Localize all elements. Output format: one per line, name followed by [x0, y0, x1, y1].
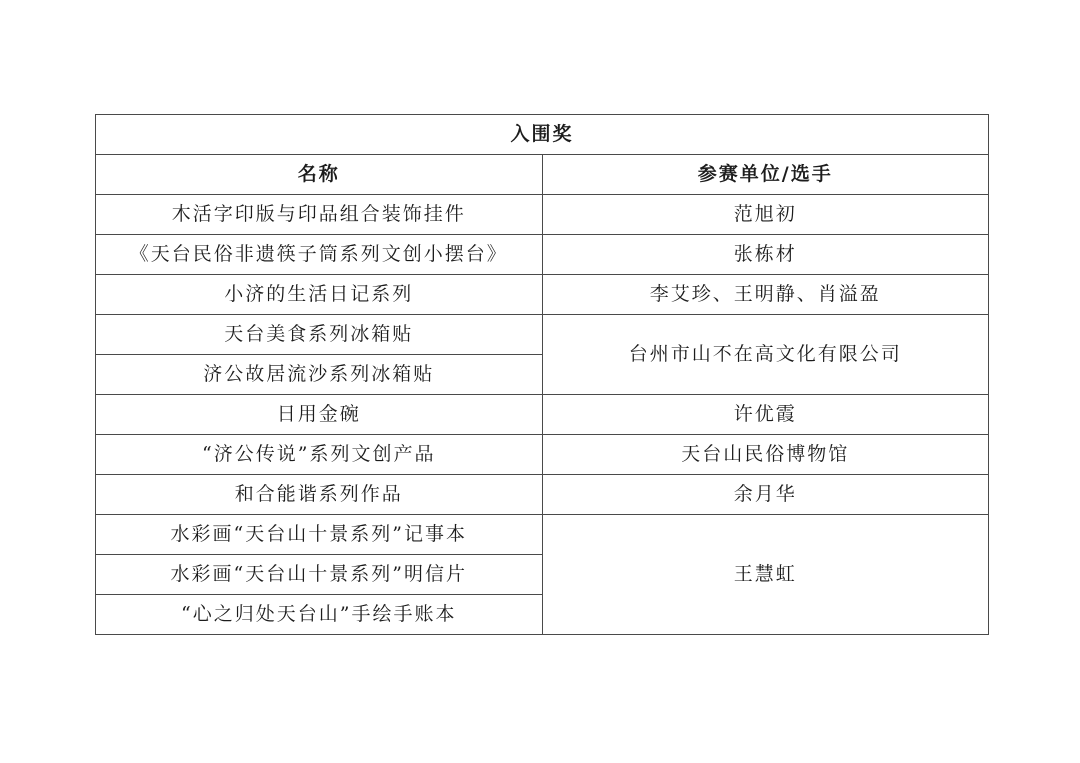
- entry-name-cell: 水彩画“天台山十景系列”明信片: [96, 555, 543, 595]
- table-title: 入围奖: [96, 115, 989, 155]
- document-page: 入围奖 名称 参赛单位/选手 木活字印版与印品组合装饰挂件 范旭初 《天台民俗非…: [0, 0, 1080, 763]
- entry-name-cell: 水彩画“天台山十景系列”记事本: [96, 515, 543, 555]
- table-row: 天台美食系列冰箱贴 台州市山不在高文化有限公司: [96, 315, 989, 355]
- table-row: 水彩画“天台山十景系列”记事本 王慧虹: [96, 515, 989, 555]
- column-header-name: 名称: [96, 155, 543, 195]
- table-row: “济公传说”系列文创产品 天台山民俗博物馆: [96, 435, 989, 475]
- entry-name-cell: 《天台民俗非遗筷子筒系列文创小摆台》: [96, 235, 543, 275]
- table-row: 日用金碗 许优霞: [96, 395, 989, 435]
- entry-unit-cell-merged: 台州市山不在高文化有限公司: [542, 315, 989, 395]
- column-header-unit: 参赛单位/选手: [542, 155, 989, 195]
- entry-unit-cell: 天台山民俗博物馆: [542, 435, 989, 475]
- entry-name-cell: 和合能谐系列作品: [96, 475, 543, 515]
- header-row: 名称 参赛单位/选手: [96, 155, 989, 195]
- title-row: 入围奖: [96, 115, 989, 155]
- entry-name-cell: 小济的生活日记系列: [96, 275, 543, 315]
- entry-unit-cell: 李艾珍、王明静、肖溢盈: [542, 275, 989, 315]
- entry-name-cell: “济公传说”系列文创产品: [96, 435, 543, 475]
- award-table: 入围奖 名称 参赛单位/选手 木活字印版与印品组合装饰挂件 范旭初 《天台民俗非…: [95, 114, 989, 635]
- entry-unit-cell: 余月华: [542, 475, 989, 515]
- table-row: 和合能谐系列作品 余月华: [96, 475, 989, 515]
- table-row: 小济的生活日记系列 李艾珍、王明静、肖溢盈: [96, 275, 989, 315]
- entry-unit-cell-merged: 王慧虹: [542, 515, 989, 635]
- entry-unit-cell: 许优霞: [542, 395, 989, 435]
- entry-name-cell: 济公故居流沙系列冰箱贴: [96, 355, 543, 395]
- table-row: 《天台民俗非遗筷子筒系列文创小摆台》 张栋材: [96, 235, 989, 275]
- entry-unit-cell: 范旭初: [542, 195, 989, 235]
- entry-unit-cell: 张栋材: [542, 235, 989, 275]
- entry-name-cell: “心之归处天台山”手绘手账本: [96, 595, 543, 635]
- entry-name-cell: 天台美食系列冰箱贴: [96, 315, 543, 355]
- entry-name-cell: 日用金碗: [96, 395, 543, 435]
- table-row: 木活字印版与印品组合装饰挂件 范旭初: [96, 195, 989, 235]
- entry-name-cell: 木活字印版与印品组合装饰挂件: [96, 195, 543, 235]
